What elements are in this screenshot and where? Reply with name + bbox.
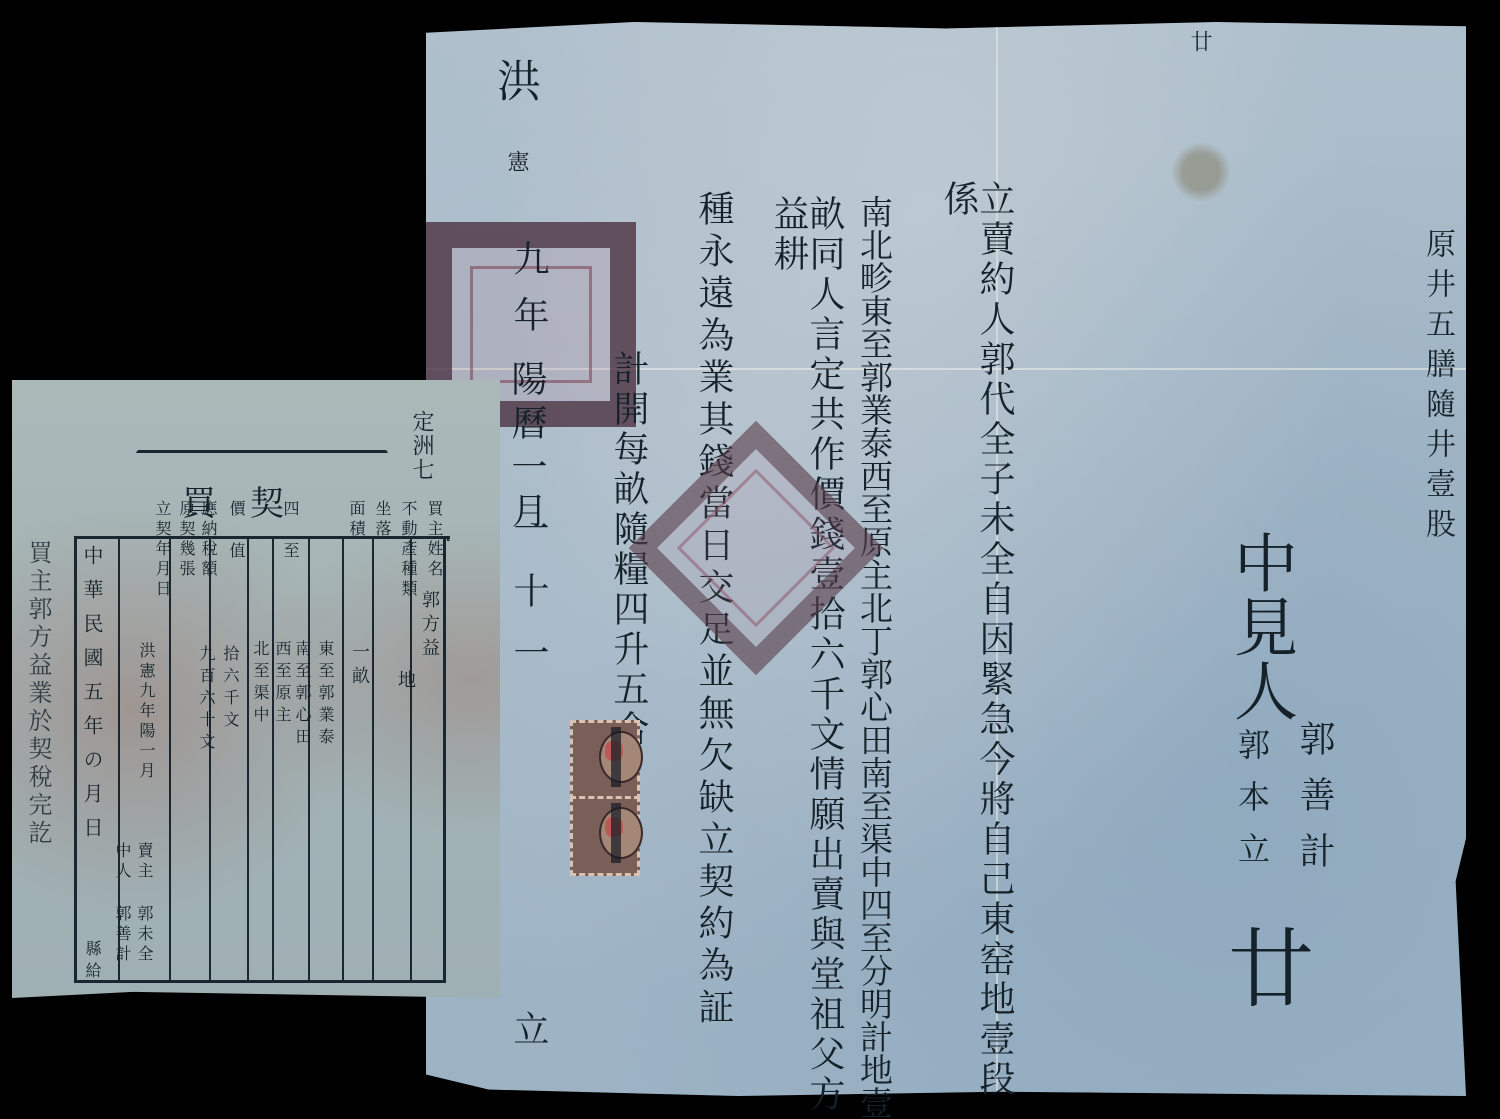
- field-buyer-label: 買主姓名: [426, 500, 442, 580]
- value-boundary-west: 西至原主: [274, 640, 290, 728]
- form-column-rule: [247, 538, 249, 983]
- witness-name-2: 郭本立: [1236, 728, 1268, 884]
- form-side-note: 定洲七: [410, 410, 432, 482]
- field-property-type-label: 不動產種類: [400, 500, 416, 600]
- body-column-2: 南北畛東至郭業泰西至原主北丁郭心田南至渠中四至分明計地壹: [858, 195, 891, 1119]
- witness-mark: 廿: [1228, 900, 1314, 1024]
- value-buyer: 郭方益: [420, 590, 438, 662]
- form-column-rule: [342, 538, 344, 983]
- form-column-rule: [169, 538, 171, 983]
- value-boundary-east: 東至郭業泰: [317, 640, 333, 750]
- stub-edge-text: 買主郭方益業於契稅完訖: [26, 540, 50, 848]
- revenue-stamp-1: [570, 720, 640, 800]
- field-area-label: 面積: [348, 500, 364, 540]
- revenue-stamp-2: [570, 796, 640, 876]
- form-column-rule: [372, 538, 374, 983]
- value-area: 一畝: [350, 642, 368, 690]
- value-tax: 九百六十文: [198, 645, 214, 755]
- field-date-label: 立契年月日: [154, 500, 170, 600]
- field-boundaries-label: 四至: [282, 500, 298, 584]
- header-day: 一十一: [510, 510, 546, 696]
- field-price-label: 價值: [228, 500, 244, 584]
- form-column-rule: [209, 538, 211, 983]
- field-location-label: 坐落: [374, 500, 390, 540]
- witness-name-1: 郭善計: [1296, 720, 1332, 888]
- corner-mark: 廿: [1188, 30, 1210, 58]
- field-tax-label: 應納稅額: [200, 500, 216, 580]
- witness-label: 中見人: [1228, 530, 1292, 722]
- value-boundary-north: 北至渠中: [252, 640, 268, 728]
- middleman-signature: 中人 郭善計: [114, 842, 130, 965]
- form-column-rule: [272, 538, 274, 983]
- header-year: 九年: [510, 240, 546, 352]
- header-closing: 立: [510, 1010, 546, 1052]
- header-county: 洪: [492, 58, 536, 108]
- body-column-3: 畝同人言定共作價錢壹拾六千文情願出賣與堂祖父方益耕: [770, 195, 842, 1119]
- seller-signature: 賣主 郭未全: [136, 842, 152, 965]
- republic-date-line: 中華民國五年の月日: [82, 545, 102, 851]
- form-column-rule: [308, 538, 310, 983]
- body-column-1: 立賣約人郭代全子未全自因緊急今將自己東窑地壹段係: [940, 180, 1012, 1119]
- value-property-type: 地: [396, 670, 414, 694]
- value-price: 拾六千文: [222, 645, 238, 733]
- right-side-note: 原井五膳隨井壹股: [1422, 228, 1452, 548]
- form-column-rule: [410, 538, 412, 983]
- value-boundary-south: 南至郭心田: [294, 640, 310, 750]
- value-contract-date: 洪憲九年陽一月: [138, 642, 154, 782]
- header-era: 憲: [505, 150, 527, 178]
- issuer-mark: 縣給: [84, 940, 100, 984]
- field-deeds-label: 原契幾張: [178, 500, 194, 580]
